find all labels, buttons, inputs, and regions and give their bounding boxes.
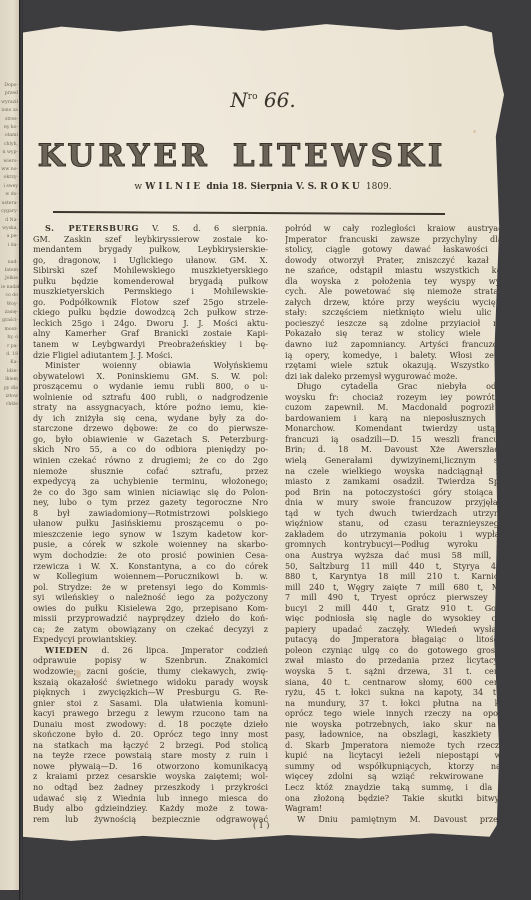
text-line: udawać się z Wiednia lub innego miesca d… — [33, 793, 268, 804]
text-line: ne szańce, odstąpił miastu wszystkich ko… — [285, 265, 528, 276]
text-line: więźniow stanu, od czasu teraznieyszego … — [285, 518, 528, 529]
text-line: na statkach ma łączyć 2 brzegi. Pod stol… — [33, 740, 268, 751]
text-line: obywatelowi X. Poninskiemu GM. S. W. pol… — [33, 371, 268, 382]
text-line: ią opery, komedye, i balety. Włosi ze zw… — [285, 350, 528, 361]
text-line: oprócz tego wiele innych rzeczy na oporz… — [285, 708, 528, 719]
text-line: Brin; d. 18 M. Davoust Xże Awerszładzki … — [285, 444, 528, 455]
text-line: zakładem do utrzymania pokoiu i wypłaty … — [285, 529, 528, 540]
text-line: ney, lubo o tym przez gazety tegoroczne … — [33, 497, 268, 508]
text-line: miasto z zamkami osadził. Twierdza Spiel… — [285, 476, 528, 487]
text-line: francuzi ią osadzili—D. 15 weszli francu… — [285, 434, 528, 445]
text-line: wielą Generałami dywizyinemi,licznym szt… — [285, 455, 528, 466]
text-line: na czele wielkiego woyska nadciągnął i c… — [285, 466, 528, 477]
text-line: Wagram! — [285, 803, 528, 814]
text-line: papiery upadać zaczęły. Wiedeń wysłał de… — [285, 624, 528, 635]
text-line: gnier stoi z Sasami. Dla ułatwienia komu… — [33, 698, 268, 709]
paper-stain — [473, 130, 476, 133]
text-line: pol. Strydze: że w pretensyi iego do Kom… — [33, 582, 268, 593]
text-line: bucyi 2 mill 440 t, Gratz 910 t. Gotowiz… — [285, 603, 528, 614]
text-line: nie woyska potrzebnych, iako skur na but… — [285, 719, 528, 730]
text-line: WIEDEN d. 26 lipca. Jmperator codzień — [33, 645, 268, 656]
text-line: dzie Fligiel adiutantem J. J. Mości. — [33, 350, 268, 361]
title-word-litewski: LITEWSKI — [233, 138, 447, 174]
dateline: w WILNIE dnia 18. Sierpnia V. S. ROKU 18… — [23, 182, 503, 192]
text-line: Dunaiu most zwodowy: d. 18 poczęte dzieł… — [33, 719, 268, 730]
text-line: 7 mill 490 t, Tryest oprócz pierwszey ko… — [285, 592, 528, 603]
text-line: na teyże rzece powstaią stare mosty z ru… — [33, 750, 268, 761]
text-line: d. Skarb Jmperatora niemoże tych rzeczy … — [285, 740, 528, 751]
dateline-place: WIEDEN — [45, 645, 88, 655]
text-line: gromnych kontrybucyi—Podług wyroku Napol… — [285, 539, 528, 550]
text-line: pusie, a córek w szkole woienney na skar… — [33, 539, 268, 550]
text-line: straty na assygnacyach, które poźno iemu… — [33, 402, 268, 413]
text-line: z kraiami przez cesarskie woyska zaiętem… — [33, 771, 268, 782]
text-line: poleon czyniąc ulgę co do gotowego grosz… — [285, 645, 528, 656]
book-gutter — [19, 0, 23, 900]
newspaper-page: Nro 66. KURYERLITEWSKI w WILNIE dnia 18.… — [23, 20, 504, 850]
text-line: woyska 5 t. sążni drzewa, 31 t. centnaro… — [285, 666, 528, 677]
text-line: wolnienie od sztrafu 400 rubli, o nadgro… — [33, 392, 268, 403]
text-line: kszaią okazałość świetnego widoku parady… — [33, 677, 268, 688]
text-line: 50, Saltzburg 11 mill 440 t, Styrya 44 m… — [285, 561, 528, 572]
text-line: 880 t, Karyntya 18 mill 210 t. Karniola … — [285, 571, 528, 582]
text-line: pasy, ładownice, na obszlagi, kaszkiety … — [285, 729, 528, 740]
text-line: W Dniu pamiętnym M. Davoust przez do- — [285, 814, 528, 825]
text-line: połród w cały rozległości kraiow austrya… — [285, 223, 528, 234]
text-line: ca; że zatym obowiązany on czekać decyzy… — [33, 624, 268, 635]
text-line: pocieszyć ieszcze są zdolne przyiacioł n… — [285, 318, 528, 329]
text-line: siana, 40 t. centnarow słomy, 600 centna… — [285, 677, 528, 688]
text-line: dowody otworzył Prater, zniszczyć kazał … — [285, 255, 528, 266]
text-line: kacyi prawego brzegu z lewym rzucono tam… — [33, 708, 268, 719]
text-line: ckiego pułku będzie dowodzcą 2ch pułkow … — [33, 307, 268, 318]
text-line: więc podniosła się nagle do wysokiey cen… — [285, 613, 528, 624]
text-line: mendantem brygady pułkow, Leybkirysiersk… — [33, 244, 268, 255]
text-line: proszącemu o wydanie iemu rubli 800, o u… — [33, 381, 268, 392]
dateline-place: S. PETERSBURG — [45, 223, 139, 233]
text-line: Monarchow. Komendant twierdzy ustąpił i — [285, 423, 528, 434]
text-line: tanem w Leybgwardyi Preobrażeńskiey i bę… — [33, 339, 268, 350]
text-line: więcey zdolni są wziąć rekwirowane towar… — [285, 771, 528, 782]
text-line: go, dragonow, i Uglickiego ułanow. GM. X… — [33, 255, 268, 266]
text-line: załych drzew, które przy weyściu wycięte… — [285, 297, 528, 308]
text-line: woysku fr: chociaż rozeym iey powrót fra… — [285, 392, 528, 403]
page-folio: ( 1 ) — [253, 821, 269, 830]
text-line: mieszczenie iego synow w 1szym kadetow k… — [33, 529, 268, 540]
text-line: rzętami wiele sztuk okazują. Wszystko do… — [285, 360, 528, 371]
title-word-kuryer: KURYER — [38, 138, 211, 174]
text-line: pięknych i zwycięzkich—W Presburgu G. Re… — [33, 687, 268, 698]
text-line: wodzowie; zacni goście, tłumy ciekawych,… — [33, 666, 268, 677]
text-line: bardowaniem i karą na nieposłusznych opi… — [285, 413, 528, 424]
text-line: putacyą do Jmperatora błagaiąc o litość.… — [285, 634, 528, 645]
text-line: nowe pływaią—D. 16 otworzono komunikacyą — [33, 761, 268, 772]
text-line: 8 był zawiadomiony—Rotmistrzowi polskieg… — [33, 508, 268, 519]
text-line: syi wileńskiey o należność iego za pożyc… — [33, 592, 268, 603]
text-line: cych. Ale powetować się niemoże strata o… — [285, 286, 528, 297]
text-line: Minister woienny obiawia Wołyńskiemu — [33, 360, 268, 371]
text-line: ryżu, 45 t. łokci sukna na kapoty, 34 t.… — [285, 687, 528, 698]
text-line: ona Austrya wyższa dać musi 58 mill, niż… — [285, 550, 528, 561]
text-line: winien czekać równo z drugiemi; że co do… — [33, 455, 268, 466]
text-line: rzewicza i W. X. Konstantyna, a co do có… — [33, 561, 268, 572]
text-line: dawno iuż zapomniancy. Artyści francuzcy… — [285, 339, 528, 350]
text-line: skich Nro 55, a co do odbiora pieniędzy … — [33, 444, 268, 455]
text-line: expedycyą za uchybienie terminu, włożone… — [33, 476, 268, 487]
text-line: Pokazało się teraz w stolicy wiele nowoś… — [285, 328, 528, 339]
text-line: dy ich zniżyła się cena, wydane były za … — [33, 413, 268, 424]
text-line: ułanow pułku Jasińskiemu proszącemu o po… — [33, 518, 268, 529]
text-line: go. Podpółkownik Flotow szef 25go strzel… — [33, 297, 268, 308]
text-line: Expedycyi prowiantskiey. — [33, 634, 268, 645]
text-line: missii przyprowadzić nayprędzey dzieło d… — [33, 613, 268, 624]
text-line: kupić na licytacyi ieżeli niepostąpi wyż… — [285, 750, 528, 761]
text-line: na mundury, 37 t. łokci płutna na koszul… — [285, 698, 528, 709]
text-line: muszkietyerskich Permskiego i Mohilewski… — [33, 286, 268, 297]
text-line: odprawuie popisy w Szenbrun. Znakomici — [33, 655, 268, 666]
text-line: mill 240 t, Węgry zaięte 7 mill 680 t, M… — [285, 582, 528, 593]
text-line: starczone drzewo dębowe: że co do pierws… — [33, 423, 268, 434]
text-line: zwał miasto do przedania przez licytacyą… — [285, 655, 528, 666]
text-line: stały: szczęściem nietknięto wielu ulic … — [285, 307, 528, 318]
text-line: leckich 25go i 24go. Dworu J. J. Mości a… — [33, 318, 268, 329]
newspaper-title: KURYERLITEWSKI — [37, 138, 447, 174]
text-line: owies do pułku Kisielewa 2go, przepisano… — [33, 603, 268, 614]
text-line: dzi iak daleko przemysł wygurować może. — [285, 371, 528, 382]
article-column-right: połród w cały rozległości kraiow austrya… — [285, 223, 528, 824]
text-line: Sibirski szef Mohilewskiego muszkietyers… — [33, 265, 268, 276]
text-line: S. PETERSBURG V. S. d. 6 sierpnia. — [33, 223, 268, 234]
text-line: rem lub żywnością bezpiecznie odgrawować — [33, 814, 268, 825]
text-line: stolicy, ciągle gotowy dawać łaskawości … — [285, 244, 528, 255]
text-line: cuzom zapewnił. M. Macdonald pogroził bo… — [285, 402, 528, 413]
text-line: pułku będzie komenderował brygadą pułkow — [33, 276, 268, 287]
text-line: skończone było d. 20. Oprócz tego inny m… — [33, 729, 268, 740]
issue-number: Nro 66. — [23, 88, 503, 112]
text-line: Długo cytadella Grac niebyła oddawana — [285, 381, 528, 392]
text-line: Budy albo gdzieindziey. Każdy może z tow… — [33, 803, 268, 814]
text-line: niemoże słusznie cofać sztrafu, przez — [33, 466, 268, 477]
adjacent-page-edge: Dopo- przed wyraził iono za stres- ny ko… — [0, 0, 19, 890]
text-line: tąd w tych dwuch twierdzach utrzymywano — [285, 508, 528, 519]
adjacent-page-text: Dopo- przed wyraził iono za stres- ny ko… — [1, 82, 18, 410]
text-line: GM. Zaskin szef leybkiryssierow zostaie … — [33, 234, 268, 245]
masthead-rule — [53, 211, 445, 215]
text-line: alny Kamerher Graf Branicki zostaie Kapi… — [33, 328, 268, 339]
text-line: dla woyska z położenia tey wyspy wynikai… — [285, 276, 528, 287]
text-line: że co do 3go sam winien niciawiąc się do… — [33, 487, 268, 498]
article-column-left: S. PETERSBURG V. S. d. 6 sierpnia.GM. Za… — [33, 223, 268, 824]
text-line: pod Brin na potoczystości góry stoiąca t… — [285, 487, 528, 498]
text-line: w Kollegium woiennem—Porucznikowi b. w. — [33, 571, 268, 582]
text-line: summy od współkupniących, ktorzy naddaią… — [285, 761, 528, 772]
text-line: go, było obiawienie w Gazetach S. Peterz… — [33, 434, 268, 445]
text-line: no odtąd bez żadney przeszkody i przykro… — [33, 782, 268, 793]
text-line: Lecz któż znaydzie taką summę, i dla kog… — [285, 782, 528, 793]
text-line: Jmperator francuski zawsze przychylny dl… — [285, 234, 528, 245]
text-line: wym dochodzie: że oto prosić powinien Ce… — [33, 550, 268, 561]
text-line: dnia w mury swoie francuzow przyjęła. Do… — [285, 497, 528, 508]
text-line: ona złożoną będzie? Takie skutki bitwy p… — [285, 793, 528, 804]
